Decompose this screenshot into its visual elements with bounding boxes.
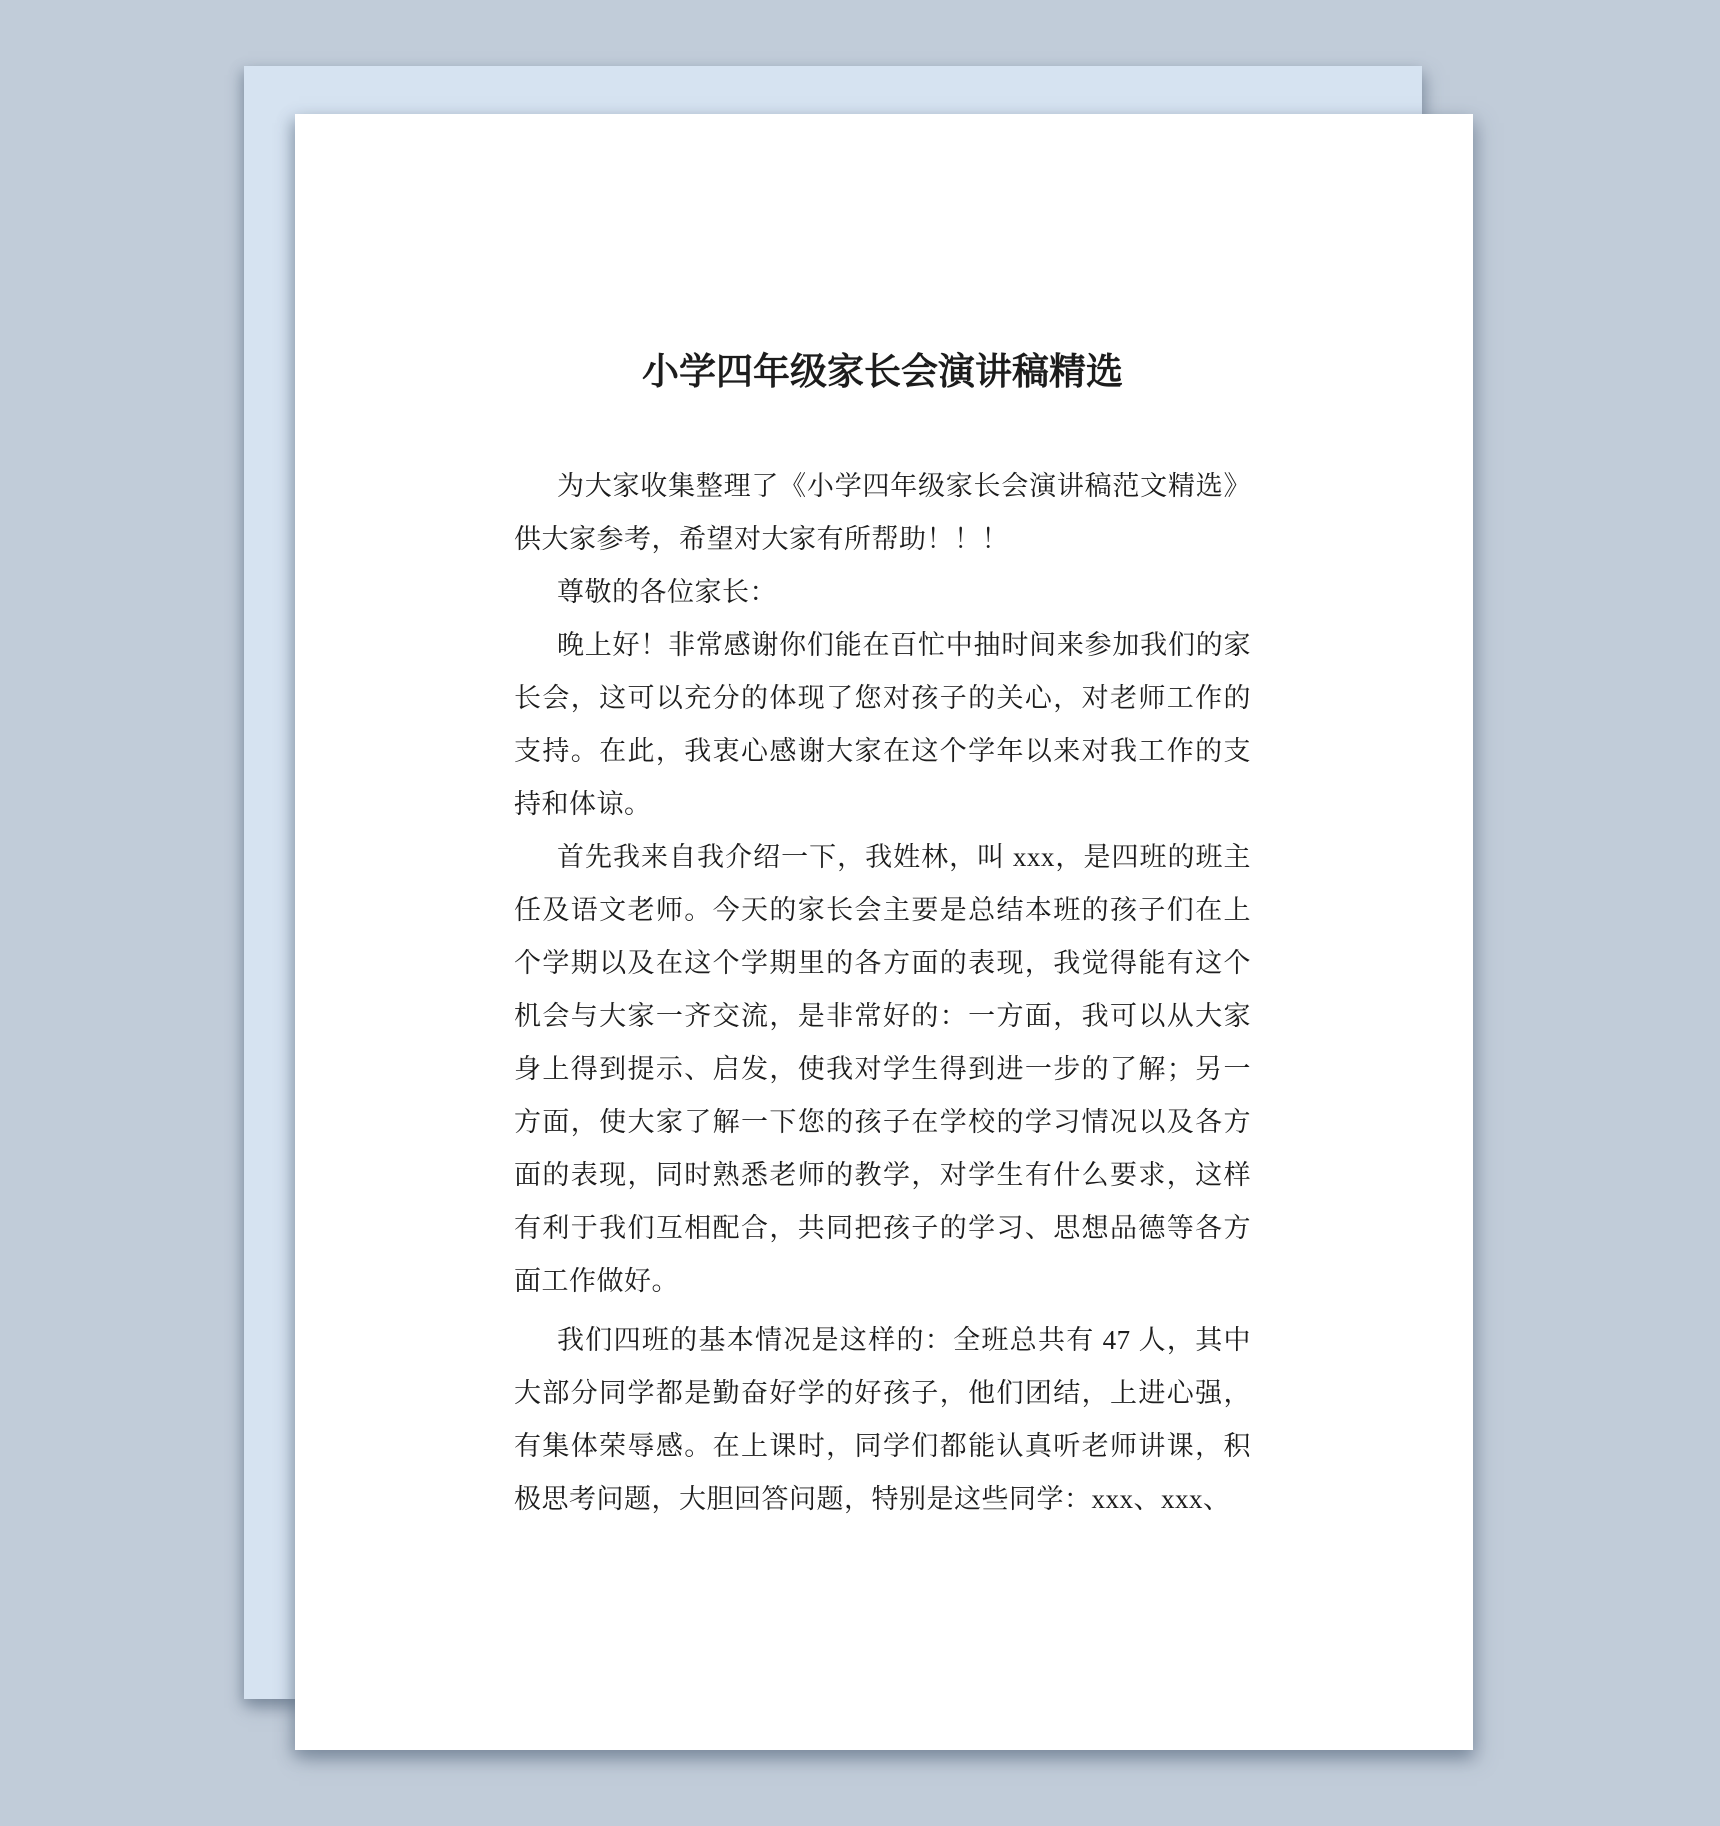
paragraph-greeting: 晚上好！非常感谢你们能在百忙中抽时间来参加我们的家长会，这可以充分的体现了您对孩… — [514, 619, 1251, 831]
document-title: 小学四年级家长会演讲稿精选 — [514, 352, 1251, 392]
document-body: 为大家收集整理了《小学四年级家长会演讲稿范文精选》供大家参考，希望对大家有所帮助… — [514, 460, 1251, 1526]
paragraph-class-overview: 我们四班的基本情况是这样的：全班总共有 47 人，其中大部分同学都是勤奋好学的好… — [514, 1314, 1251, 1526]
paragraph-salutation: 尊敬的各位家长： — [514, 566, 1251, 619]
document-page: 小学四年级家长会演讲稿精选 为大家收集整理了《小学四年级家长会演讲稿范文精选》供… — [295, 114, 1473, 1750]
desk-background: 小学四年级家长会演讲稿精选 为大家收集整理了《小学四年级家长会演讲稿范文精选》供… — [0, 0, 1720, 1826]
paragraph-self-introduction: 首先我来自我介绍一下，我姓林，叫 xxx，是四班的班主任及语文老师。今天的家长会… — [514, 831, 1251, 1308]
paragraph-intro: 为大家收集整理了《小学四年级家长会演讲稿范文精选》供大家参考，希望对大家有所帮助… — [514, 460, 1251, 566]
page-content: 小学四年级家长会演讲稿精选 为大家收集整理了《小学四年级家长会演讲稿范文精选》供… — [295, 352, 1473, 1526]
